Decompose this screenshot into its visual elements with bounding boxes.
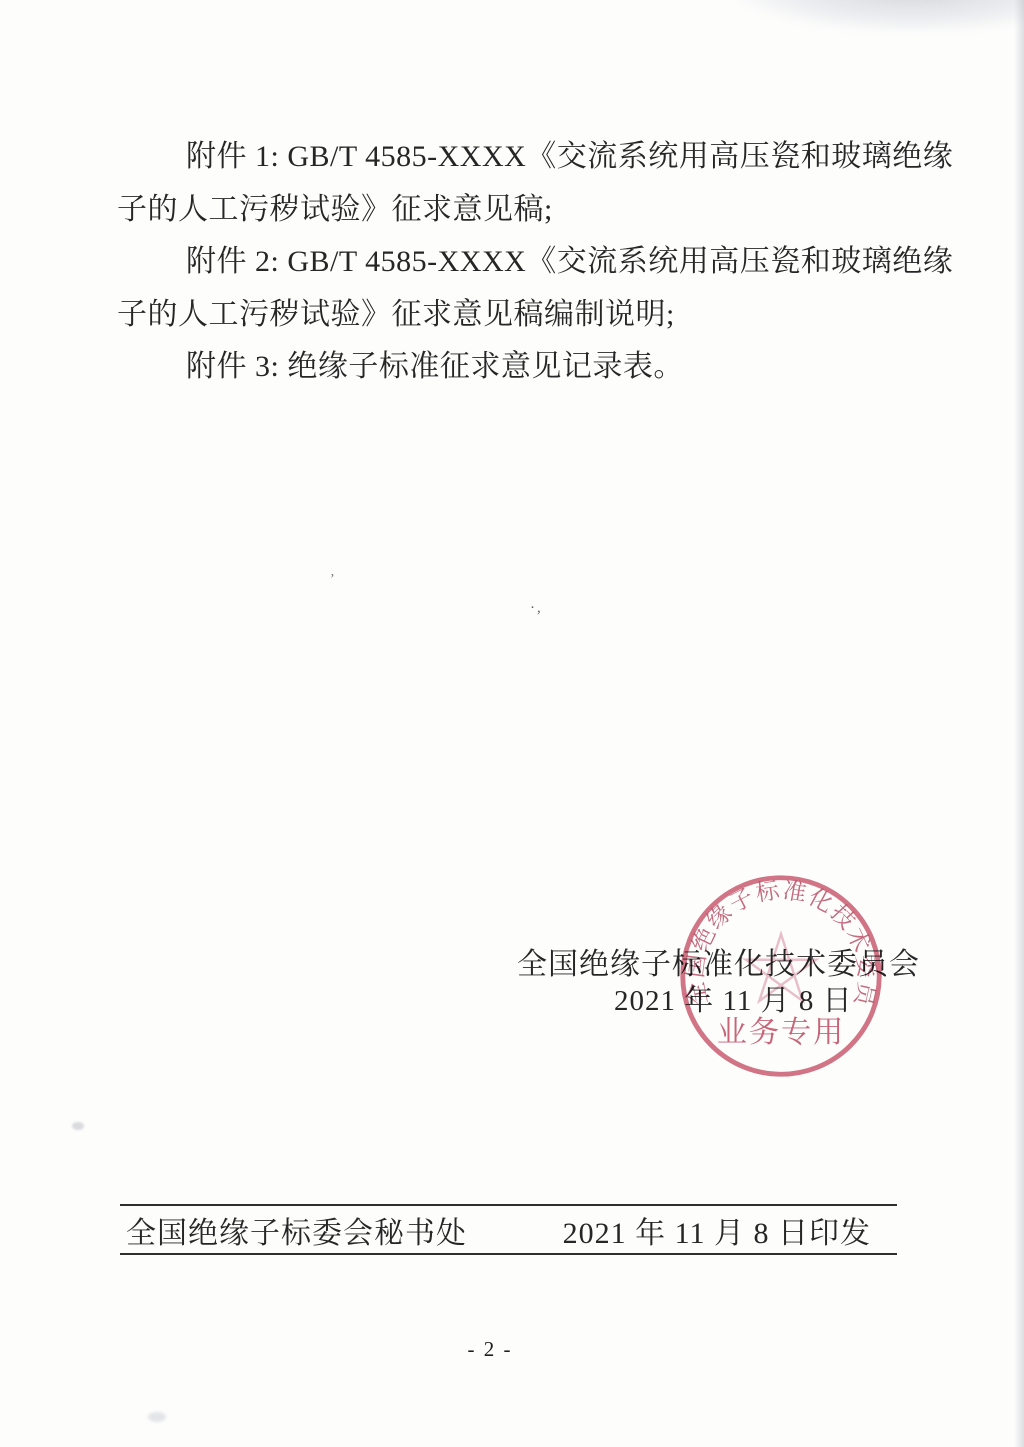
signature-date: 2021 年 11 月 8 日 bbox=[614, 978, 853, 1019]
footer-print-date: 2021 年 11 月 8 日印发 bbox=[563, 1208, 897, 1252]
document-page: ’ ·, 附件 1: GB/T 4585-XXXX《交流系统用高压瓷和玻璃绝缘 … bbox=[0, 0, 1024, 1447]
ink-speck bbox=[72, 1122, 84, 1130]
attachment-list: 附件 1: GB/T 4585-XXXX《交流系统用高压瓷和玻璃绝缘 子的人工污… bbox=[117, 131, 917, 394]
footer-issuing-office: 全国绝缘子标委会秘书处 bbox=[120, 1208, 467, 1252]
attachment-3-line: 附件 3: 绝缘子标准征求意见记录表。 bbox=[117, 341, 917, 394]
page-number: - 2 - bbox=[447, 1337, 533, 1362]
attachment-1-line-2: 子的人工污秽试验》征求意见稿; bbox=[117, 184, 917, 237]
ink-speck bbox=[148, 1412, 166, 1422]
attachment-2-line-1: 附件 2: GB/T 4585-XXXX《交流系统用高压瓷和玻璃绝缘 bbox=[117, 236, 917, 289]
footer-bar: 全国绝缘子标委会秘书处 2021 年 11 月 8 日印发 bbox=[120, 1204, 897, 1255]
scan-smudge bbox=[734, 0, 1024, 32]
attachment-2-line-2: 子的人工污秽试验》征求意见稿编制说明; bbox=[117, 289, 917, 342]
attachment-1-line-1: 附件 1: GB/T 4585-XXXX《交流系统用高压瓷和玻璃绝缘 bbox=[117, 131, 917, 184]
seal-bottom-text: 业务专用 bbox=[717, 1015, 845, 1049]
scan-edge-shadow bbox=[1014, 0, 1024, 1447]
ink-speck: ’ bbox=[330, 572, 335, 588]
signature-organization: 全国绝缘子标准化技术委员会 bbox=[517, 939, 920, 983]
ink-speck: ·, bbox=[530, 600, 543, 617]
